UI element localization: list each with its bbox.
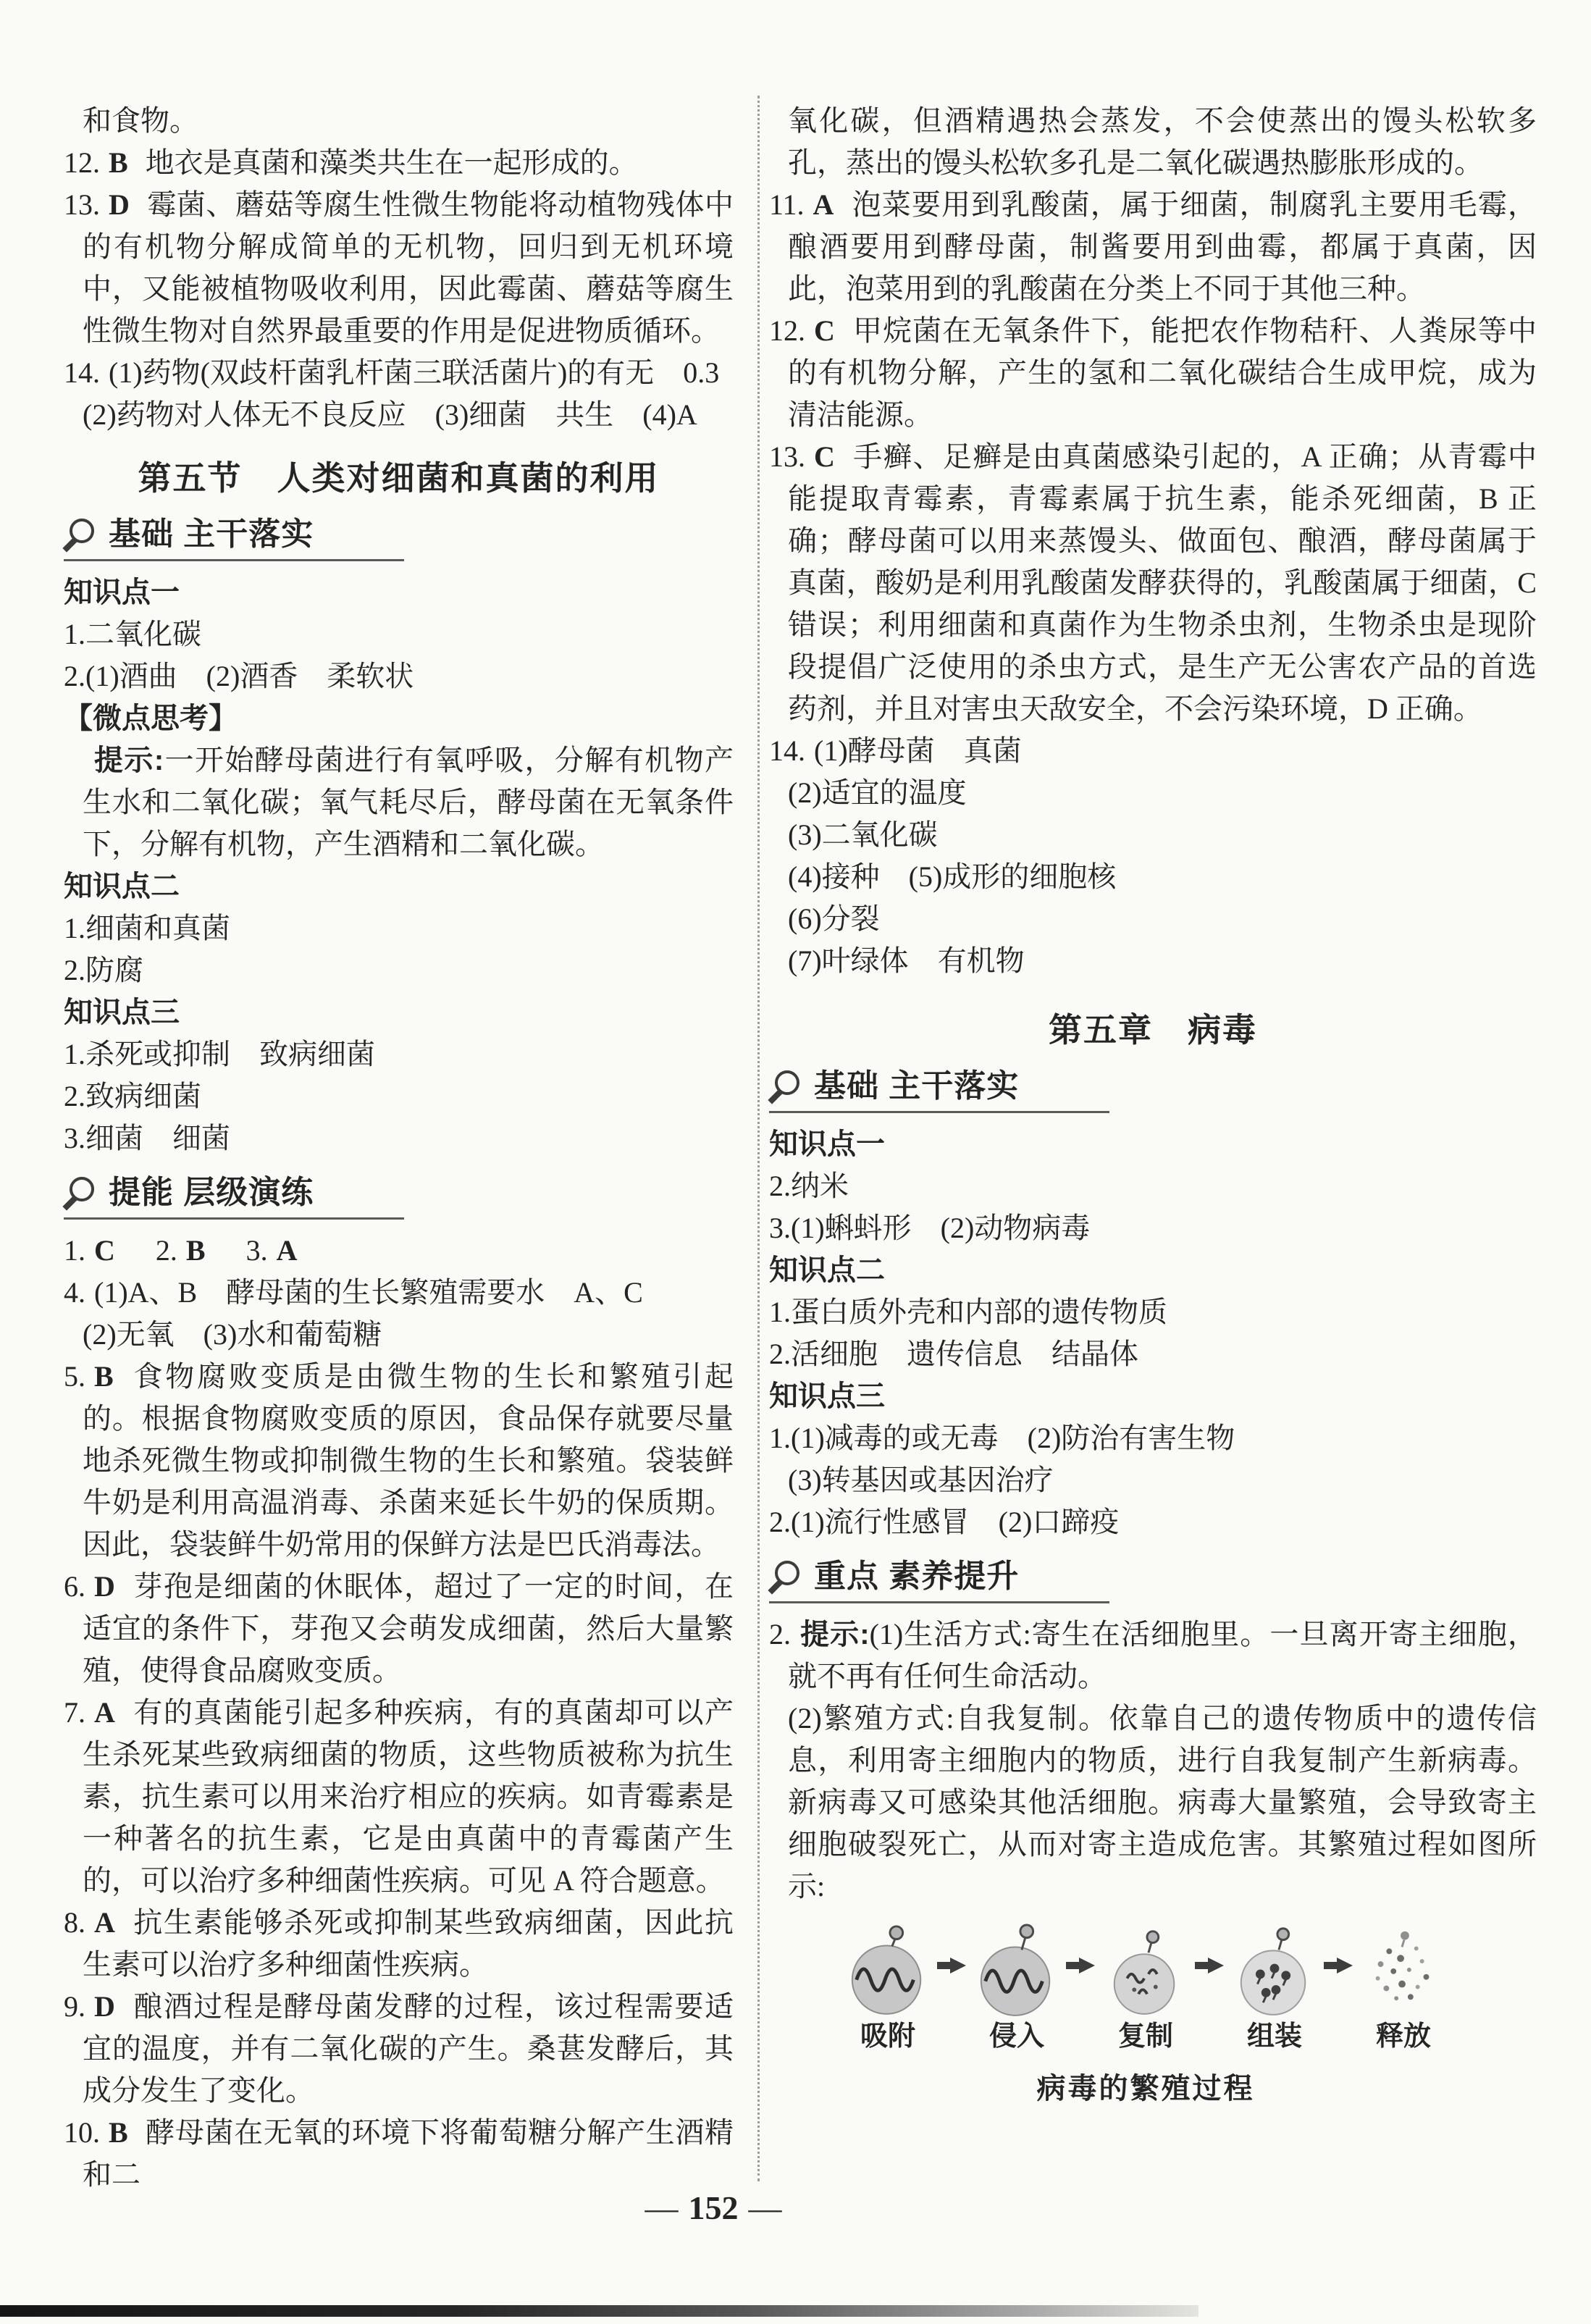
- knowledge-point-heading: 知识点二: [64, 865, 734, 907]
- virus-assembly-icon: [1232, 1916, 1317, 2018]
- item-text: 芽孢是细菌的休眠体，超过了一定的时间，在适宜的条件下，芽孢又会萌发成细菌，然后大…: [83, 1570, 734, 1687]
- answer-line: 3.(1)蝌蚪形 (2)动物病毒: [769, 1207, 1537, 1249]
- arrow-right-icon: [1195, 1958, 1225, 1973]
- answers-inline: 1.C 2.B 3.A: [64, 1230, 734, 1272]
- paragraph-continuation: 和食物。: [64, 100, 734, 142]
- answer-letter: D: [94, 1990, 115, 2023]
- stage-replication: 复制: [1098, 1916, 1193, 2052]
- answer-line: 2.防腐: [64, 949, 734, 991]
- paragraph-continuation: 氧化碳，但酒精遇热会蒸发，不会使蒸出的馒头松软多孔，蒸出的馒头松软多孔是二氧化碳…: [769, 100, 1537, 184]
- knowledge-point-heading: 知识点三: [64, 991, 734, 1033]
- item-number: 14.: [64, 356, 100, 389]
- answer-letter: B: [109, 146, 128, 179]
- answer-line: 2.(1)酒曲 (2)酒香 柔软状: [64, 655, 734, 697]
- knowledge-point-heading: 知识点一: [64, 571, 734, 613]
- answer-letter: B: [186, 1234, 206, 1267]
- stage-invasion: 侵入: [969, 1916, 1065, 2052]
- answer-pair: 3.A: [246, 1234, 298, 1267]
- item-number: 7.: [64, 1696, 85, 1729]
- item-number: 8.: [64, 1906, 85, 1939]
- answer-item-12: 12.B地衣是真菌和藻类共生在一起形成的。: [64, 142, 734, 184]
- section-header-label: 重点 素养提升: [814, 1559, 1019, 1594]
- section-header-label: 基础 主干落实: [814, 1069, 1019, 1104]
- answer-letter: C: [94, 1234, 115, 1267]
- section-title: 第五节 人类对细菌和真菌的利用: [64, 455, 734, 501]
- section-header-key: 重点 素养提升: [769, 1559, 1109, 1603]
- item-text: 抗生素能够杀死或抑制某些致病细菌，因此抗生素可以治疗多种细菌性疾病。: [83, 1906, 734, 1981]
- virus-invasion-icon: [974, 1916, 1059, 2018]
- stage-label: 吸附: [860, 2021, 915, 2052]
- answer-line: 2.致病细菌: [64, 1075, 734, 1117]
- tip-label: 提示:: [94, 744, 164, 776]
- section-header-basic: 基础 主干落实: [64, 517, 404, 561]
- section-header-label: 提能 层级演练: [109, 1175, 314, 1210]
- answer-item-4-sub: (2)无氧 (3)水和葡萄糖: [64, 1314, 734, 1356]
- item-text: 泡菜要用到乳酸菌，属于细菌，制腐乳主要用毛霉，酿酒要用到酵母菌，制酱要用到曲霉，…: [788, 188, 1537, 305]
- column-divider: [757, 96, 760, 2181]
- answer-line: 1.(1)减毒的或无毒 (2)防治有害生物: [769, 1417, 1537, 1459]
- stage-label: 侵入: [989, 2021, 1044, 2052]
- magnifier-icon: [64, 1177, 97, 1210]
- item-text: (1)A、B 酵母菌的生长繁殖需要水 A、C: [94, 1276, 643, 1309]
- answer-line: 2.纳米: [769, 1165, 1537, 1207]
- stage-label: 复制: [1118, 2021, 1173, 2052]
- answer-pair: 1.C: [64, 1234, 115, 1267]
- virus-replication-icon: [1103, 1916, 1188, 2018]
- item-text: 地衣是真菌和藻类共生在一起形成的。: [146, 146, 638, 179]
- item-text: 酵母菌在无氧的环境下将葡萄糖分解产生酒精和二: [83, 2116, 734, 2191]
- answer-item-14: 14.(1)酵母菌 真菌: [769, 730, 1537, 772]
- answer-item-6: 6.D芽孢是细菌的休眠体，超过了一定的时间，在适宜的条件下，芽孢又会萌发成细菌，…: [64, 1566, 734, 1692]
- page-number: —152—: [0, 2189, 1427, 2227]
- answer-item-14: 14.(1)药物(双歧杆菌乳杆菌三联活菌片)的有无 0.3: [64, 352, 734, 394]
- answer-letter: B: [94, 1360, 114, 1393]
- answer-item-14-sub: (2)适宜的温度: [769, 772, 1537, 814]
- tip-paragraph: 提示:一开始酵母菌进行有氧呼吸，分解有机物产生水和二氧化碳；氧气耗尽后，酵母菌在…: [64, 739, 734, 865]
- item-text: 有的真菌能引起多种疾病，有的真菌却可以产生杀死某些致病细菌的物质，这些物质被称为…: [83, 1696, 734, 1897]
- answer-item-14-sub: (6)分裂: [769, 898, 1537, 940]
- item-number: 2.: [156, 1234, 177, 1267]
- answer-line: 2.(1)流行性感冒 (2)口蹄疫: [769, 1501, 1537, 1543]
- answer-line: (3)转基因或基因治疗: [769, 1459, 1537, 1501]
- answer-line: 1.二氧化碳: [64, 613, 734, 655]
- answer-item-9: 9.D酿酒过程是酵母菌发酵的过程，该过程需要适宜的温度，并有二氧化碳的产生。桑葚…: [64, 1986, 734, 2112]
- page-number-dash: —: [749, 2189, 782, 2226]
- answer-letter: C: [814, 314, 835, 347]
- figure-caption: 病毒的繁殖过程: [834, 2065, 1457, 2107]
- answer-letter: A: [94, 1906, 115, 1939]
- answer-letter: C: [814, 440, 835, 473]
- page-number-dash: —: [645, 2189, 679, 2226]
- knowledge-point-heading: 知识点三: [769, 1375, 1537, 1417]
- item-text: 食物腐败变质是由微生物的生长和繁殖引起的。根据食物腐败变质的原因，食品保存就要尽…: [83, 1360, 734, 1561]
- section-header-basic: 基础 主干落实: [769, 1069, 1109, 1113]
- answer-item-14-sub: (4)接种 (5)成形的细胞核: [769, 856, 1537, 898]
- answer-item-13: 13.D霉菌、蘑菇等腐生性微生物能将动植物残体中的有机物分解成简单的无机物，回归…: [64, 184, 734, 352]
- answer-line: 3.细菌 细菌: [64, 1117, 734, 1159]
- item-text: (1)药物(双歧杆菌乳杆菌三联活菌片)的有无 0.3: [109, 356, 719, 389]
- answer-letter: B: [109, 2116, 128, 2149]
- virus-reproduction-figure: 吸附 侵入: [834, 1916, 1457, 2107]
- stage-label: 组装: [1247, 2021, 1302, 2052]
- item-number: 13.: [64, 188, 100, 221]
- answer-line: 1.杀死或抑制 致病细菌: [64, 1033, 734, 1075]
- item-number: 4.: [64, 1276, 85, 1309]
- scan-artifact-bar: [0, 2305, 1199, 2317]
- stage-assembly: 组装: [1227, 1916, 1322, 2052]
- right-column: 氧化碳，但酒精遇热会蒸发，不会使蒸出的馒头松软多孔，蒸出的馒头松软多孔是二氧化碳…: [769, 0, 1537, 2107]
- item-number: 9.: [64, 1990, 85, 2023]
- chapter-title: 第五章 病毒: [769, 1007, 1537, 1053]
- answer-item-2-tip: 2.提示:(1)生活方式:寄生在活细胞里。一旦离开寄主细胞，就不再有任何生命活动…: [769, 1614, 1537, 1698]
- item-number: 14.: [769, 734, 805, 767]
- arrow-right-icon: [1324, 1958, 1354, 1973]
- item-number: 1.: [64, 1234, 85, 1267]
- figure-stage-row: 吸附 侵入: [834, 1916, 1457, 2052]
- item-number: 6.: [64, 1570, 85, 1603]
- answer-item-12: 12.C甲烷菌在无氧条件下，能把农作物秸秆、人粪尿等中的有机物分解，产生的氢和二…: [769, 310, 1537, 436]
- item-text: 霉菌、蘑菇等腐生性微生物能将动植物残体中的有机物分解成简单的无机物，回归到无机环…: [83, 188, 734, 347]
- tip-text: (1)生活方式:寄生在活细胞里。一旦离开寄主细胞，就不再有任何生命活动。: [788, 1618, 1537, 1692]
- answer-item-4: 4.(1)A、B 酵母菌的生长繁殖需要水 A、C: [64, 1272, 734, 1314]
- answer-letter: D: [109, 188, 130, 221]
- item-number: 12.: [769, 314, 805, 347]
- stage-release: 释放: [1356, 1916, 1451, 2052]
- answer-item-8: 8.A抗生素能够杀死或抑制某些致病细菌，因此抗生素可以治疗多种细菌性疾病。: [64, 1902, 734, 1986]
- answer-item-14-sub: (7)叶绿体 有机物: [769, 940, 1537, 982]
- item-text: (1)酵母菌 真菌: [814, 734, 1022, 767]
- item-number: 12.: [64, 146, 100, 179]
- tip-paragraph-2: (2)繁殖方式:自我复制。依靠自己的遗传物质中的遗传信息，利用寄主细胞内的物质，…: [769, 1698, 1537, 1908]
- item-number: 3.: [246, 1234, 268, 1267]
- answer-line: 1.细菌和真菌: [64, 907, 734, 949]
- magnifier-icon: [64, 519, 97, 552]
- item-number: 11.: [769, 188, 805, 221]
- answer-line: 1.蛋白质外壳和内部的遗传物质: [769, 1291, 1537, 1333]
- left-column: 和食物。 12.B地衣是真菌和藻类共生在一起形成的。 13.D霉菌、蘑菇等腐生性…: [64, 0, 734, 2196]
- arrow-right-icon: [1066, 1958, 1096, 1973]
- item-number: 2.: [769, 1618, 791, 1650]
- knowledge-point-heading: 知识点二: [769, 1249, 1537, 1291]
- page-number-value: 152: [689, 2189, 739, 2226]
- knowledge-point-heading: 知识点一: [769, 1123, 1537, 1165]
- section-header-label: 基础 主干落实: [109, 517, 314, 552]
- item-text: 甲烷菌在无氧条件下，能把农作物秸秆、人粪尿等中的有机物分解，产生的氢和二氧化碳结…: [788, 314, 1537, 431]
- tip-text: 一开始酵母菌进行有氧呼吸，分解有机物产生水和二氧化碳；氧气耗尽后，酵母菌在无氧条…: [83, 744, 734, 860]
- answer-item-14-sub: (3)二氧化碳: [769, 814, 1537, 856]
- answer-letter: A: [94, 1696, 115, 1729]
- virus-adsorption-icon: [845, 1916, 931, 2018]
- answer-item-14-sub: (2)药物对人体无不良反应 (3)细菌 共生 (4)A: [64, 394, 734, 436]
- answer-letter: A: [277, 1234, 298, 1267]
- answer-pair: 2.B: [156, 1234, 206, 1267]
- section-header-improve: 提能 层级演练: [64, 1175, 404, 1220]
- item-number: 10.: [64, 2116, 100, 2149]
- tip-label: 提示:: [799, 1619, 870, 1650]
- answer-letter: D: [94, 1570, 115, 1603]
- virus-release-icon: [1361, 1916, 1446, 2018]
- answer-line: 2.活细胞 遗传信息 结晶体: [769, 1333, 1537, 1375]
- stage-label: 释放: [1376, 2021, 1431, 2052]
- answer-item-11: 11.A泡菜要用到乳酸菌，属于细菌，制腐乳主要用毛霉，酿酒要用到酵母菌，制酱要用…: [769, 184, 1537, 310]
- answer-item-10: 10.B酵母菌在无氧的环境下将葡萄糖分解产生酒精和二: [64, 2112, 734, 2196]
- item-text: 酿酒过程是酵母菌发酵的过程，该过程需要适宜的温度，并有二氧化碳的产生。桑葚发酵后…: [83, 1990, 734, 2107]
- item-text: 手癣、足癣是由真菌感染引起的，A 正确；从青霉中能提取青霉素，青霉素属于抗生素，…: [788, 440, 1537, 725]
- workbook-answer-page: { "colors": { "paper": "#fafaf7", "ink":…: [0, 0, 1591, 2324]
- arrow-right-icon: [937, 1958, 967, 1973]
- stage-adsorption: 吸附: [840, 1916, 936, 2052]
- item-number: 5.: [64, 1360, 85, 1393]
- item-number: 13.: [769, 440, 805, 473]
- magnifier-icon: [769, 1070, 802, 1104]
- magnifier-icon: [769, 1561, 802, 1594]
- answer-item-13: 13.C手癣、足癣是由真菌感染引起的，A 正确；从青霉中能提取青霉素，青霉素属于…: [769, 436, 1537, 730]
- answer-item-5: 5.B食物腐败变质是由微生物的生长和繁殖引起的。根据食物腐败变质的原因，食品保存…: [64, 1356, 734, 1566]
- answer-item-7: 7.A有的真菌能引起多种疾病，有的真菌却可以产生杀死某些致病细菌的物质，这些物质…: [64, 1692, 734, 1902]
- answer-letter: A: [813, 188, 834, 221]
- micro-think-heading: 【微点思考】: [64, 697, 734, 739]
